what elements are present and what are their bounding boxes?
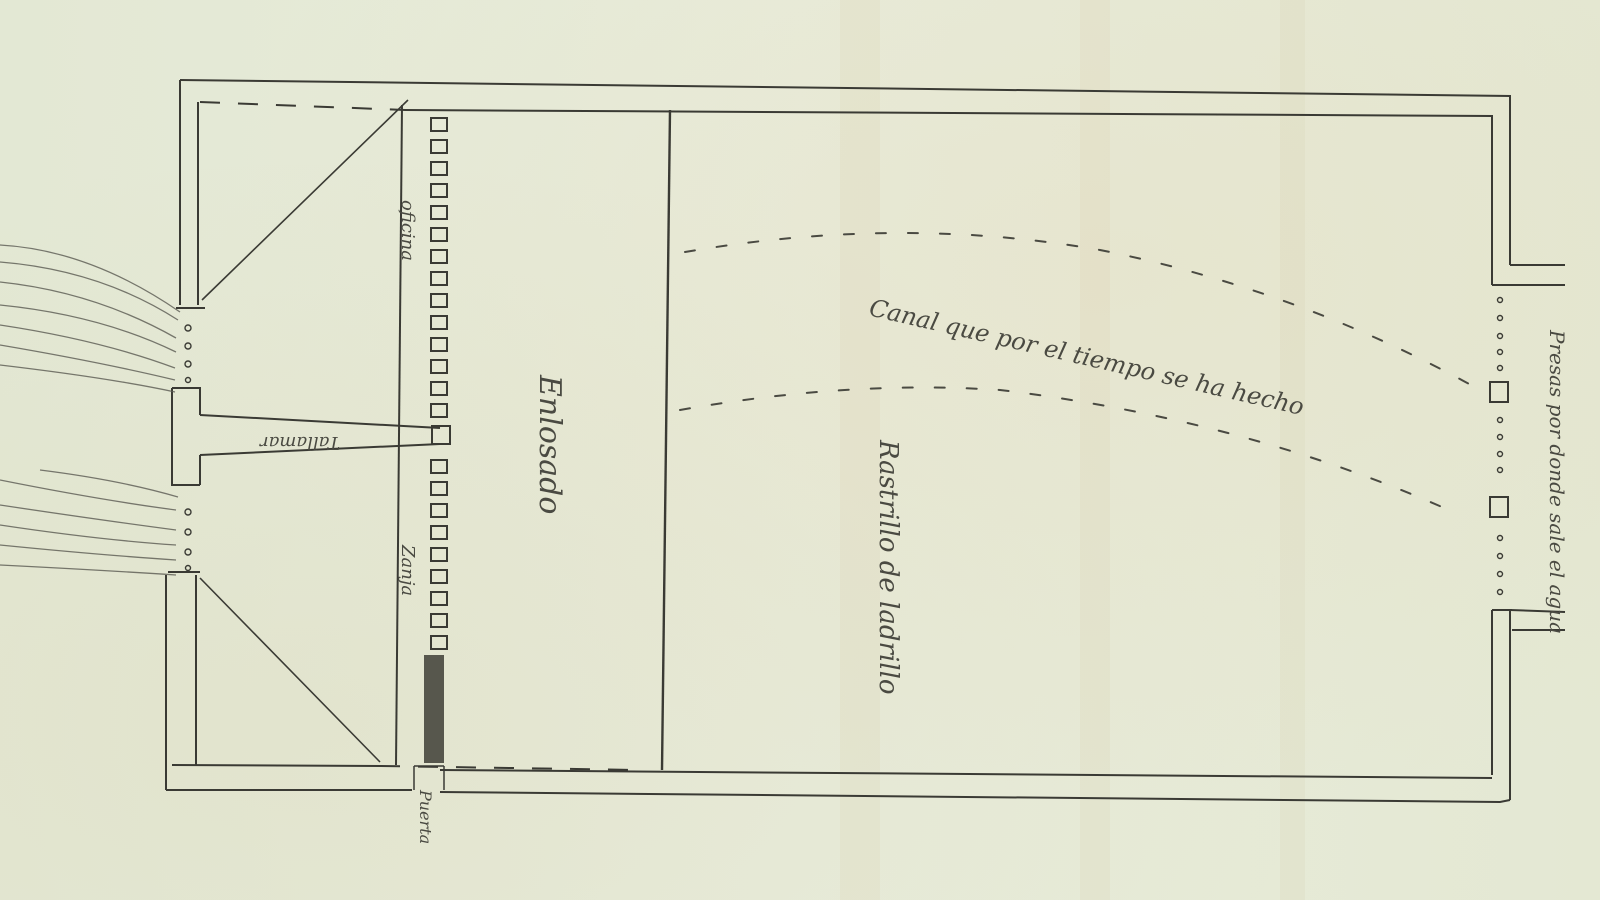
label-zanja: Zanja [397, 544, 418, 596]
label-rastrillo: Rastrillo de ladrillo [873, 439, 903, 695]
water-flow-strokes [0, 245, 180, 575]
label-enlosado: Enlosado [532, 374, 567, 514]
sluice-squares [431, 118, 447, 649]
plan-sheet: oficina Tallamar Enlosado Zanja Puerta C… [0, 0, 1600, 900]
right-openings [1490, 298, 1508, 595]
floor-plan-drawing: oficina Tallamar Enlosado Zanja Puerta C… [0, 0, 1600, 900]
left-piers [168, 308, 205, 572]
gate-hatched-block [414, 655, 444, 790]
label-tallamar: Tallamar [259, 432, 340, 453]
label-oficina: oficina [397, 200, 418, 261]
label-puerta: Puerta [416, 789, 435, 844]
diagonal-braces [200, 100, 408, 762]
left-opening-circles [185, 325, 191, 571]
rastrillo-divider [662, 110, 670, 770]
paper-stains [840, 0, 1305, 900]
label-presas: Presas por donde sale el agua [1545, 329, 1569, 634]
